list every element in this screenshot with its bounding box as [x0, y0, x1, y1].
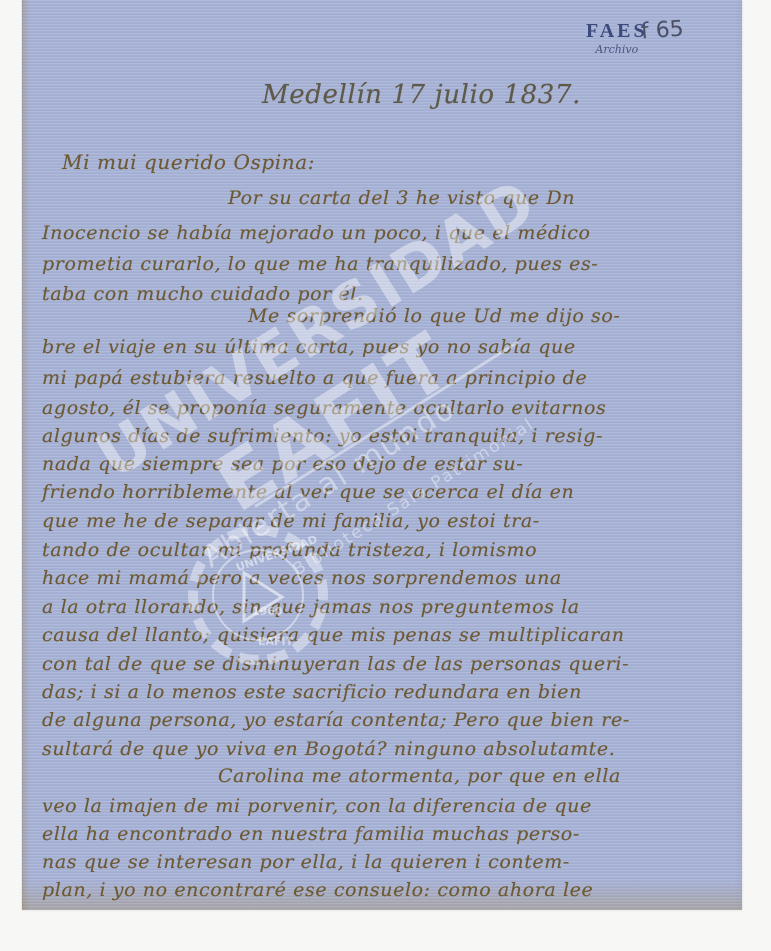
letter-line: mi papá estubiera resuelto a que fuera a…: [42, 367, 587, 389]
seal-year: 1960: [252, 605, 283, 618]
seal-bottom-text: EAFIT: [258, 635, 293, 648]
letter-line: Me sorprendió lo que Ud me dijo so-: [248, 305, 620, 327]
folio-number: f 65: [640, 17, 684, 45]
letter-line: Carolina me atormenta, por que en ella: [218, 765, 621, 787]
stamp-institution: FAES: [586, 20, 648, 43]
archive-stamp: FAES Archivo: [586, 20, 648, 56]
letter-line: prometia curarlo, lo que me ha tranquili…: [42, 253, 598, 275]
letter-line: friendo horriblemente al ver que se acer…: [42, 481, 574, 503]
letter-line: de alguna persona, yo estaría contenta; …: [42, 709, 630, 731]
letter-line: causa del llanto; quisiera que mis penas…: [42, 624, 625, 646]
stamp-label: Archivo: [586, 43, 648, 56]
letter-line: plan, i yo no encontraré ese consuelo: c…: [42, 879, 593, 901]
letter-line: das; i si a lo menos este sacrificio red…: [42, 681, 582, 703]
letter-line: ella ha encontrado en nuestra familia mu…: [42, 823, 580, 845]
letter-line: veo la imajen de mi porvenir, con la dif…: [42, 795, 592, 817]
letter-line: sultará de que yo viva en Bogotá? ningun…: [42, 738, 615, 760]
letter-dateline: Medellín 17 julio 1837.: [262, 80, 581, 110]
letter-line: agosto, él se proponía seguramente ocult…: [42, 397, 606, 419]
letter-line: Por su carta del 3 he visto que Dn: [228, 187, 575, 209]
letter-line: nada que siempre sea por eso dejo de est…: [42, 453, 523, 475]
letter-line: algunos días de sufrimiento: yo estoi tr…: [42, 425, 603, 447]
letter-line: que me he de separar de mi familia, yo e…: [42, 510, 540, 532]
university-seal-icon: UNIVERSIDAD 1960 EAFIT: [188, 525, 328, 665]
letter-line: nas que se interesan por ella, i la quie…: [42, 851, 570, 873]
page-edge: [22, 0, 23, 910]
letter-line: taba con mucho cuidado por él.: [42, 283, 364, 305]
letter-line: Inocencio se había mejorado un poco, i q…: [42, 222, 591, 244]
letter-salutation: Mi mui querido Ospina:: [62, 150, 315, 174]
letter-line: con tal de que se disminuyeran las de la…: [42, 653, 629, 675]
